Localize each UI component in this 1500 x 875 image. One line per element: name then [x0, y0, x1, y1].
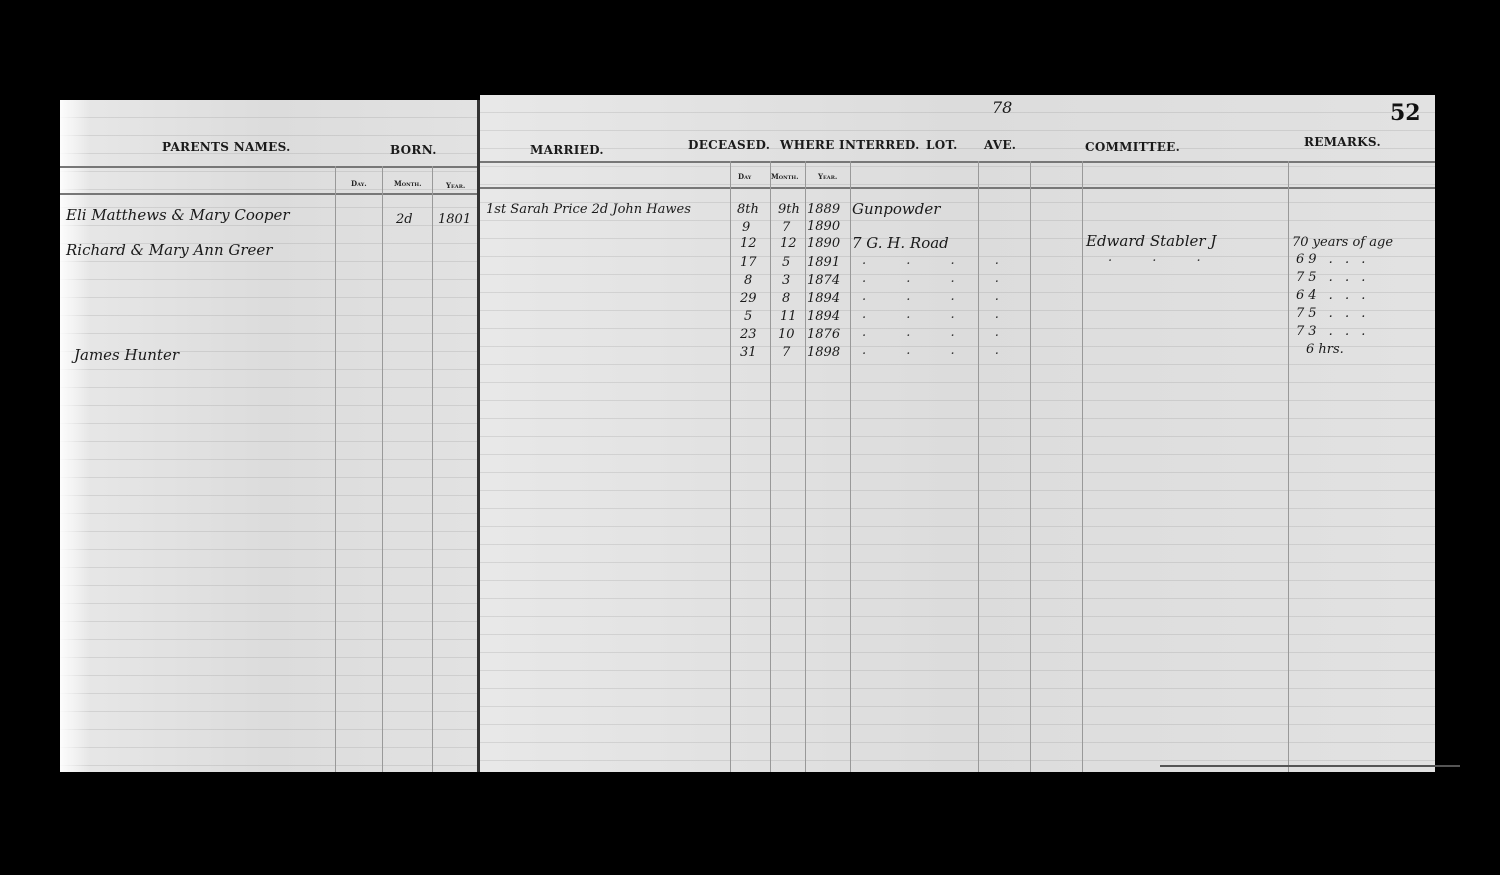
parents-name-entry: Eli Matthews & Mary Cooper [66, 206, 290, 224]
subheader-deceased-year: Year. [818, 172, 837, 181]
header-rule-top [480, 161, 1435, 163]
remarks-entry: 6 hrs. [1306, 342, 1344, 357]
column-divider [805, 161, 806, 772]
death-day: 29 [740, 291, 757, 306]
committee-entry: Edward Stabler J [1086, 232, 1216, 250]
header-rule-top [60, 166, 480, 168]
remarks-entry: 64 . . . [1296, 288, 1369, 303]
ledger-book: PARENTS NAMES. BORN. Day. Month. Year. E… [60, 100, 1435, 772]
born-year-entry: 1801 [438, 212, 471, 227]
interred-ditto: . . . . [862, 343, 1017, 358]
death-year: 1894 [807, 291, 840, 306]
death-month: 10 [778, 327, 795, 342]
column-divider [850, 161, 851, 772]
interred-ditto: . . . . [862, 325, 1017, 340]
death-day: 8 [744, 273, 752, 288]
death-month: 11 [780, 309, 797, 324]
death-day: 31 [740, 345, 757, 360]
right-page: 78 52 MARRIED. DECEASED. WHERE INTERRED.… [480, 95, 1435, 772]
death-year: 1894 [807, 309, 840, 324]
interred-entry: 7 G. H. Road [852, 234, 949, 252]
book-cover-edge [1160, 765, 1460, 767]
death-month: 7 [782, 345, 790, 360]
interred-ditto: . . . . [862, 271, 1017, 286]
header-ave: AVE. [984, 138, 1016, 152]
header-lot: LOT. [926, 138, 958, 152]
committee-ditto: . . . [1108, 250, 1219, 265]
remarks-entry: 70 years of age [1292, 235, 1393, 250]
header-remarks: REMARKS. [1304, 135, 1381, 149]
death-year: 1874 [807, 273, 840, 288]
column-divider [1030, 161, 1031, 772]
page-number: 52 [1390, 100, 1421, 126]
interred-ditto: . . . . [862, 307, 1017, 322]
remarks-entry: 69 . . . [1296, 252, 1369, 267]
death-month: 5 [782, 255, 790, 270]
death-day: 9 [742, 220, 750, 235]
column-divider [432, 166, 433, 772]
header-born: BORN. [390, 143, 437, 157]
death-month: 7 [782, 220, 790, 235]
subheader-deceased-month: Month. [771, 172, 799, 181]
interred-entry: Gunpowder [852, 200, 940, 218]
remarks-entry: 73 . . . [1296, 324, 1369, 339]
column-divider [1288, 161, 1289, 772]
interred-ditto: . . . . [862, 253, 1017, 268]
death-month: 9th [778, 202, 800, 217]
header-where-interred: WHERE INTERRED. [780, 138, 920, 152]
death-month: 12 [780, 236, 797, 251]
subheader-born-year: Year. [446, 181, 465, 190]
death-year: 1898 [807, 345, 840, 360]
married-entry: 1st Sarah Price 2d John Hawes [486, 202, 691, 217]
death-year: 1891 [807, 255, 840, 270]
subheader-deceased-day: Day [738, 172, 751, 181]
death-year: 1876 [807, 327, 840, 342]
column-divider [335, 166, 336, 772]
header-married: MARRIED. [530, 143, 604, 157]
death-day: 12 [740, 236, 757, 251]
remarks-entry: 75 . . . [1296, 306, 1369, 321]
death-day: 23 [740, 327, 757, 342]
header-committee: COMMITTEE. [1085, 140, 1180, 154]
header-rule-bottom [60, 193, 480, 195]
parents-name-entry: Richard & Mary Ann Greer [66, 241, 272, 259]
death-year: 1890 [807, 219, 840, 234]
death-day: 8th [737, 202, 759, 217]
header-parents-names: PARENTS NAMES. [162, 140, 291, 154]
header-rule-bottom [480, 187, 1435, 189]
death-month: 3 [782, 273, 790, 288]
parents-name-entry: James Hunter [74, 346, 179, 364]
death-year: 1889 [807, 202, 840, 217]
death-day: 17 [740, 255, 757, 270]
column-divider [730, 161, 731, 772]
column-divider [770, 161, 771, 772]
interred-ditto: . . . . [862, 289, 1017, 304]
subheader-born-month: Month. [394, 179, 422, 188]
column-divider [382, 166, 383, 772]
death-year: 1890 [807, 236, 840, 251]
death-day: 5 [744, 309, 752, 324]
born-month-entry: 2d [396, 212, 413, 227]
death-month: 8 [782, 291, 790, 306]
column-divider [1082, 161, 1083, 772]
subheader-born-day: Day. [351, 179, 367, 188]
left-page: PARENTS NAMES. BORN. Day. Month. Year. E… [60, 100, 480, 772]
remarks-entry: 75 . . . [1296, 270, 1369, 285]
penciled-number: 78 [992, 98, 1012, 117]
header-deceased: DECEASED. [688, 138, 770, 152]
